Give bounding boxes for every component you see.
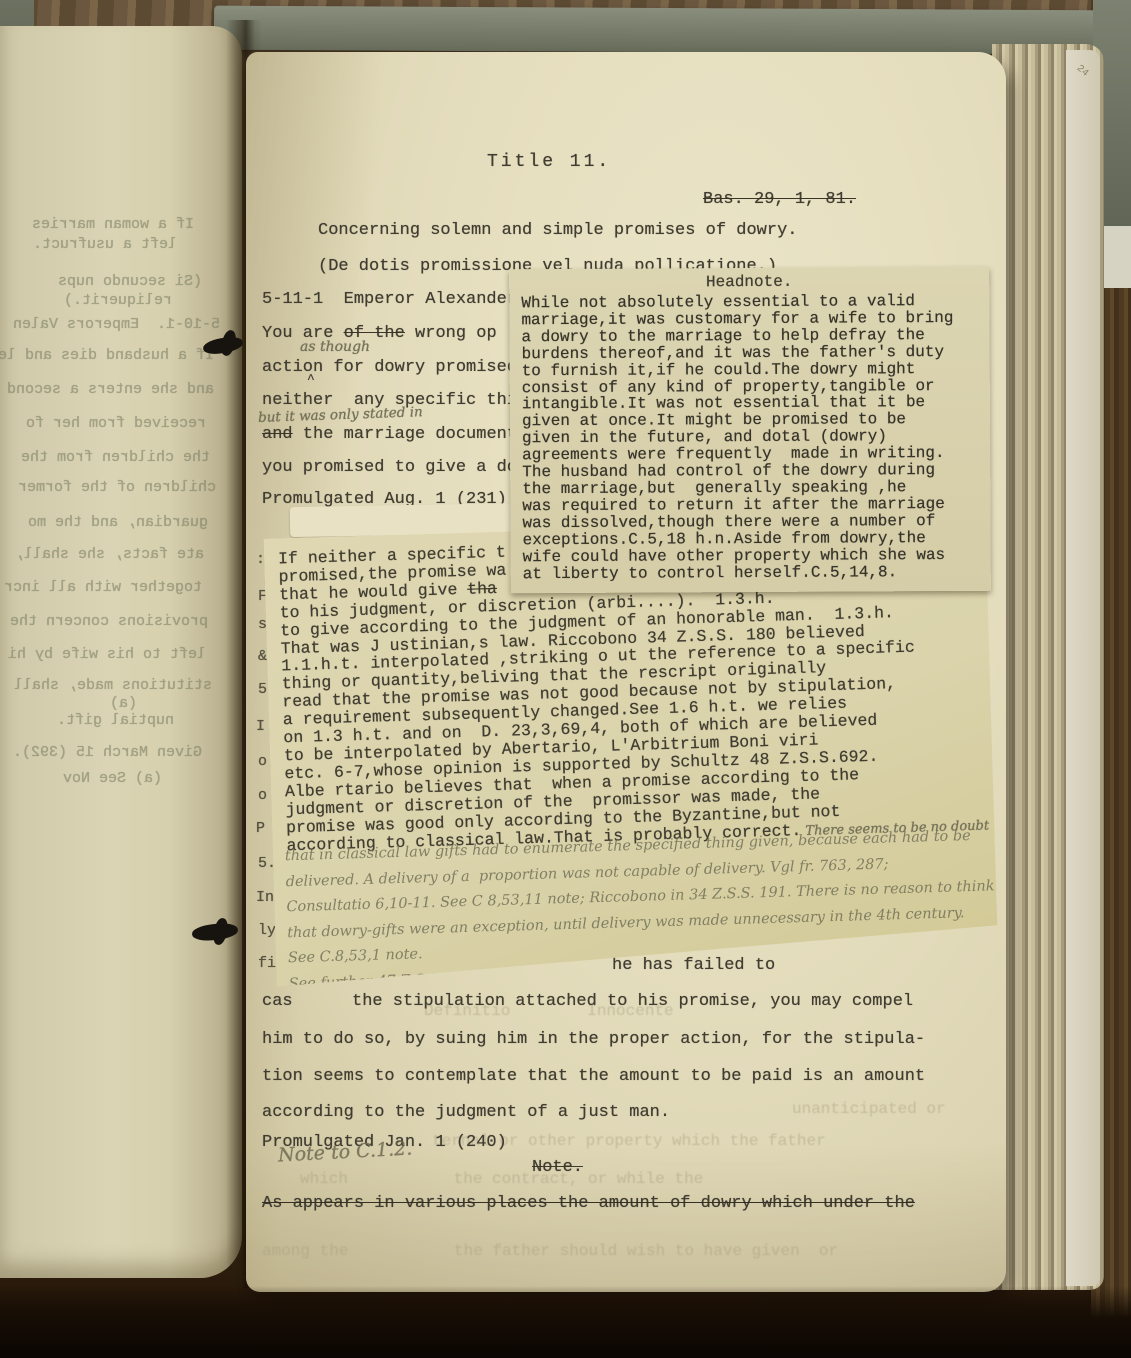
citation-struck: Bas. 29, 1, 81.	[703, 190, 856, 209]
struck-final-line: As appears in various places the amount …	[262, 1194, 915, 1213]
headnote-title: Headnote.	[509, 267, 989, 293]
headnote-line: burdens thereof,and it was the father's …	[522, 343, 990, 362]
typed-line: 5-11-1 Emperor Alexander	[262, 290, 517, 309]
photographed-book-page: 24 If a woman marriesleft a usufruct.(Si…	[0, 0, 1131, 1358]
typed-line: action for dowry promised	[262, 358, 517, 377]
margin-fragment: s	[258, 616, 267, 633]
typed-line: according to the judgment of a just man.	[262, 1103, 670, 1122]
typed-line: the stipulation attached to his promise,…	[352, 992, 913, 1011]
headnote-slip: Headnote. While not absolutely essential…	[509, 267, 991, 594]
caret-glyph: ^	[307, 372, 315, 387]
margin-fragment: o	[258, 787, 267, 804]
typed-line: tion seems to contemplate that the amoun…	[262, 1067, 925, 1086]
margin-fragment: P	[256, 820, 265, 837]
typed-line: him to do so, by suing him in the proper…	[262, 1030, 925, 1049]
margin-fragment: 5	[258, 681, 267, 698]
margin-fragment: In	[256, 889, 274, 906]
typed-line: You are of the wrong op	[262, 324, 497, 343]
section-heading: Concerning solemn and simple promises of…	[318, 221, 797, 240]
book-bottom-shadow	[0, 1286, 1131, 1358]
headnote-line: at liberty to control herself.C.5,14,8.	[523, 563, 991, 582]
typed-line: cas	[262, 992, 293, 1011]
headnote-line: wife could have other property which she…	[523, 546, 991, 565]
margin-fragment: o	[258, 753, 267, 770]
margin-fragment: fi	[258, 955, 276, 972]
handwritten-insert: as though	[300, 339, 370, 355]
note-label-struck: Note.	[532, 1158, 583, 1177]
margin-fragment: I	[256, 718, 265, 735]
typed-line: and the marriage document	[262, 425, 517, 444]
page-title: Title 11.	[487, 152, 611, 172]
typed-line: he has failed to	[612, 956, 775, 975]
headnote-text: While not absolutely essential to a vali…	[509, 290, 991, 583]
typed-line: you promised to give a do	[262, 458, 517, 477]
margin-fragment: &	[258, 648, 267, 665]
margin-fragment: :	[256, 551, 265, 568]
margin-fragment: ly	[258, 922, 276, 939]
